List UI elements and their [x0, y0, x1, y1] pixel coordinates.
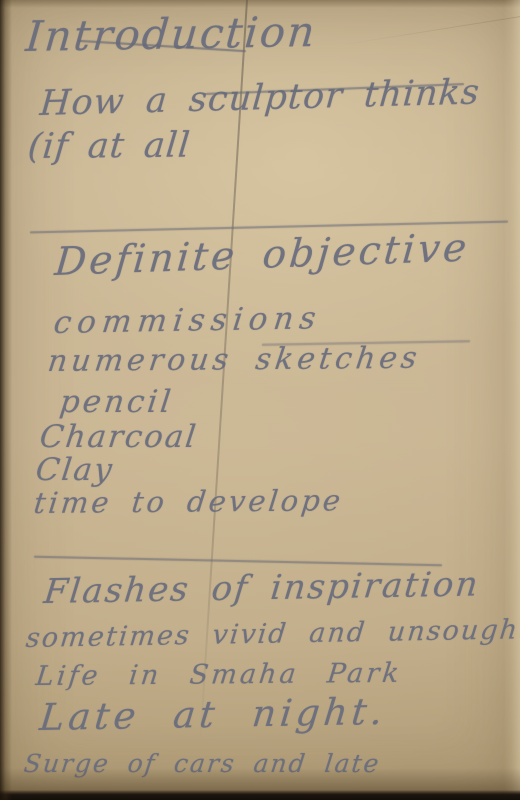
handwritten-line-pencil: pencil — [58, 384, 176, 420]
handwritten-line-definite-objective: Definite objective — [53, 226, 471, 285]
handwritten-line-flashes-of-inspiration: Flashes of inspiration — [42, 564, 482, 612]
handwritten-line-late-at-night: Late at night. — [38, 690, 389, 739]
paper-top-shadow — [0, 0, 520, 8]
section-divider-line-2 — [34, 556, 442, 567]
handwritten-line-charcoal: Charcoal — [38, 419, 200, 455]
handwritten-line-introduction: Introduction — [24, 7, 319, 61]
handwritten-line-clay: Clay — [34, 452, 116, 488]
handwritten-line-if-at-all: (if at all — [26, 126, 192, 167]
handwritten-line-commissions: commissions — [52, 300, 324, 341]
top-right-corner-crease — [341, 12, 520, 46]
photo-left-dark-edge — [0, 0, 12, 800]
photo-bottom-dark-edge — [0, 790, 520, 800]
paper-right-edge-highlight — [504, 0, 520, 800]
handwritten-line-sometimes-vivid: sometimes vivid and unsought — [24, 614, 520, 654]
notebook-page-photo: Introduction How a sculptor thinks (if a… — [0, 0, 520, 800]
handwritten-line-how-a-sculptor-thinks: How a sculptor thinks — [38, 73, 481, 124]
handwritten-line-time-to-develope: time to develope — [32, 483, 345, 520]
handwritten-line-numerous-sketches: numerous sketches — [46, 341, 423, 379]
handwritten-line-life-in-park: Life in Smaha Park — [34, 658, 403, 692]
